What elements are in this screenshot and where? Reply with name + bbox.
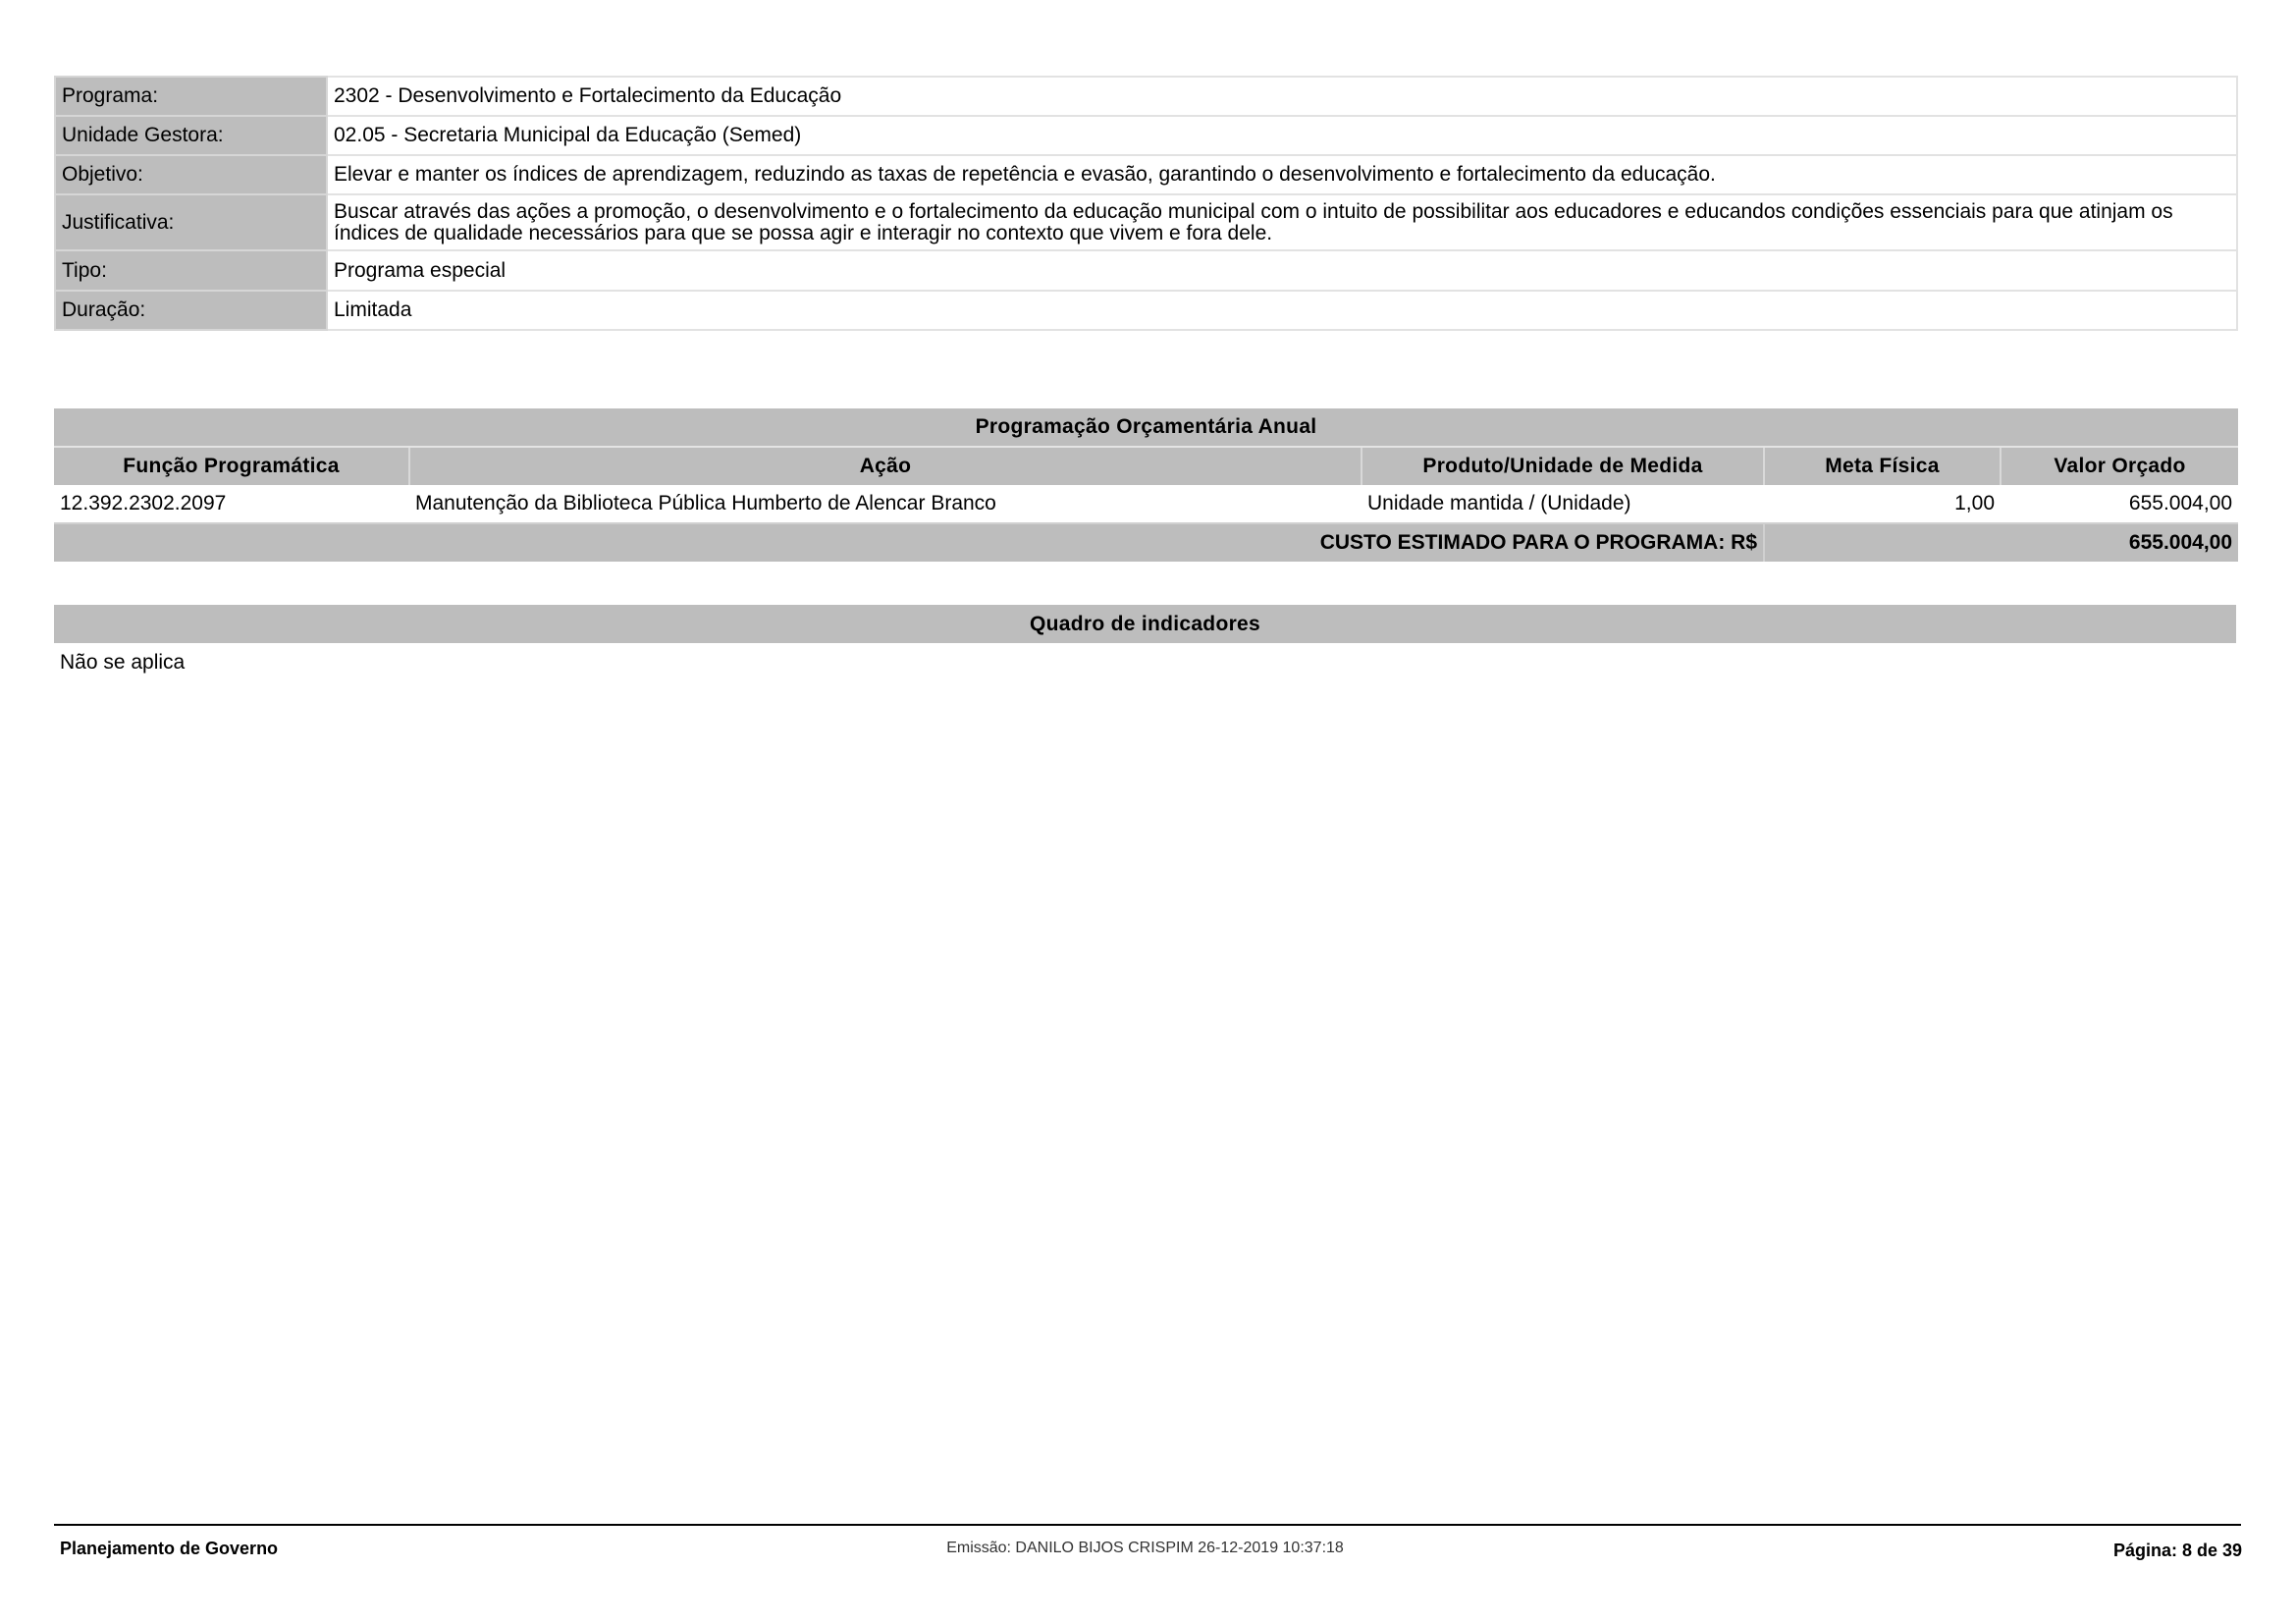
footer-emission-text: Emissão: DANILO BIJOS CRISPIM 26-12-2019…: [946, 1540, 1344, 1556]
justification-row: Justificativa: Buscar através das ações …: [55, 194, 2237, 250]
footer-emission: Emissão: DANILO BIJOS CRISPIM 26-12-2019…: [0, 1540, 2296, 1557]
indicators-title: Quadro de indicadores: [54, 605, 2236, 643]
justification-value: Buscar através das ações a promoção, o d…: [327, 194, 2237, 250]
type-label: Tipo:: [55, 250, 327, 291]
objective-label: Objetivo:: [55, 155, 327, 194]
budget-title-row: Programação Orçamentária Anual: [54, 408, 2238, 447]
duration-value: Limitada: [327, 291, 2237, 330]
managing-unit-value: 02.05 - Secretaria Municipal da Educação…: [327, 116, 2237, 155]
header-produto-unidade: Produto/Unidade de Medida: [1362, 447, 1764, 485]
budget-title: Programação Orçamentária Anual: [54, 408, 2238, 447]
total-label: CUSTO ESTIMADO PARA O PROGRAMA: R$: [54, 523, 1764, 562]
program-row: Programa: 2302 - Desenvolvimento e Forta…: [55, 77, 2237, 116]
program-label: Programa:: [55, 77, 327, 116]
type-value: Programa especial: [327, 250, 2237, 291]
program-value: 2302 - Desenvolvimento e Fortalecimento …: [327, 77, 2237, 116]
program-info-table: Programa: 2302 - Desenvolvimento e Forta…: [54, 76, 2238, 331]
header-meta-fisica: Meta Física: [1764, 447, 2001, 485]
budget-header-row: Função Programática Ação Produto/Unidade…: [54, 447, 2238, 485]
budget-table: Programação Orçamentária Anual Função Pr…: [54, 408, 2238, 562]
footer-divider: [54, 1524, 2241, 1526]
managing-unit-row: Unidade Gestora: 02.05 - Secretaria Muni…: [55, 116, 2237, 155]
header-acao: Ação: [409, 447, 1362, 485]
objective-row: Objetivo: Elevar e manter os índices de …: [55, 155, 2237, 194]
type-row: Tipo: Programa especial: [55, 250, 2237, 291]
budget-total-row: CUSTO ESTIMADO PARA O PROGRAMA: R$ 655.0…: [54, 523, 2238, 562]
objective-value: Elevar e manter os índices de aprendizag…: [327, 155, 2237, 194]
cell-meta: 1,00: [1764, 485, 2001, 523]
total-value: 655.004,00: [1764, 523, 2238, 562]
cell-produto: Unidade mantida / (Unidade): [1362, 485, 1764, 523]
cell-valor: 655.004,00: [2001, 485, 2238, 523]
cell-funcao: 12.392.2302.2097: [54, 485, 409, 523]
duration-label: Duração:: [55, 291, 327, 330]
table-row: 12.392.2302.2097 Manutenção da Bibliotec…: [54, 485, 2238, 523]
footer-page-number: Página: 8 de 39: [2113, 1541, 2242, 1561]
header-funcao-programatica: Função Programática: [54, 447, 409, 485]
indicators-empty-text: Não se aplica: [60, 651, 185, 675]
header-valor-orcado: Valor Orçado: [2001, 447, 2238, 485]
duration-row: Duração: Limitada: [55, 291, 2237, 330]
managing-unit-label: Unidade Gestora:: [55, 116, 327, 155]
cell-acao: Manutenção da Biblioteca Pública Humbert…: [409, 485, 1362, 523]
justification-label: Justificativa:: [55, 194, 327, 250]
